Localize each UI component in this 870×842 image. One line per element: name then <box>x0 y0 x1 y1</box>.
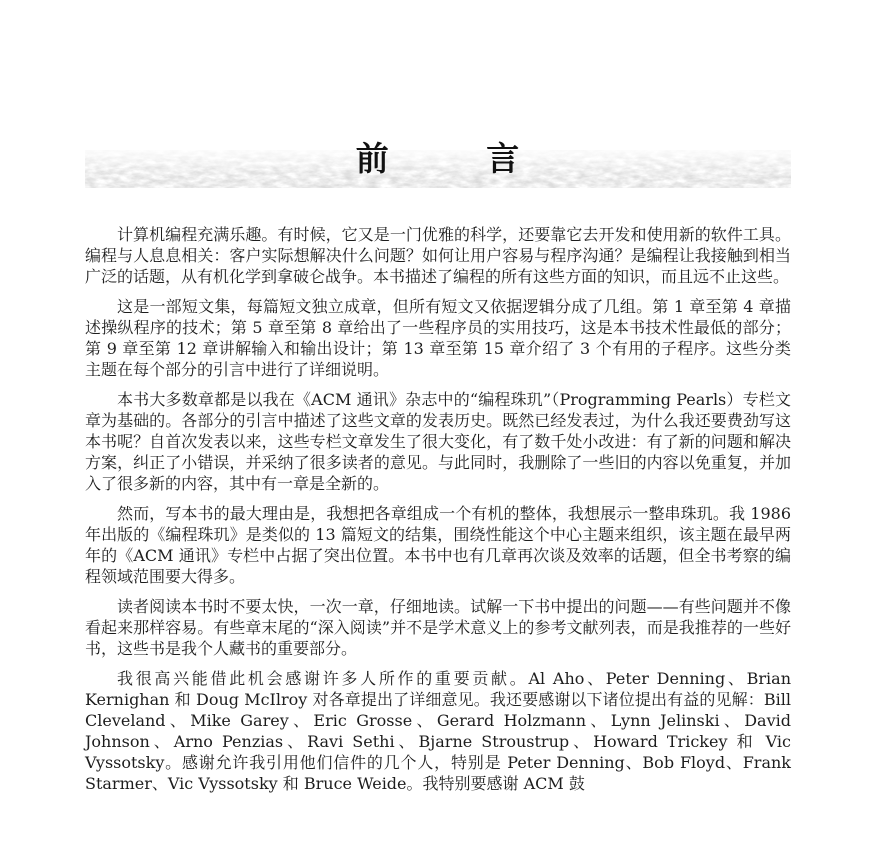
paragraph: 然而，写本书的最大理由是，我想把各章组成一个有机的整体，我想展示一整串珠玑。我 … <box>85 503 791 587</box>
paragraph: 计算机编程充满乐趣。有时候，它又是一门优雅的科学，还要靠它去开发和使用新的软件工… <box>85 224 791 287</box>
book-page: 前 言 计算机编程充满乐趣。有时候，它又是一门优雅的科学，还要靠它去开发和使用新… <box>0 0 870 842</box>
paragraph: 我很高兴能借此机会感谢许多人所作的重要贡献。Al Aho、Peter Denni… <box>85 668 791 794</box>
preface-title-banner: 前 言 <box>85 148 791 188</box>
preface-body: 计算机编程充满乐趣。有时候，它又是一门优雅的科学，还要靠它去开发和使用新的软件工… <box>85 224 791 803</box>
paragraph: 这是一部短文集，每篇短文独立成章，但所有短文又依据逻辑分成了几组。第 1 章至第… <box>85 296 791 380</box>
page-title: 前 言 <box>85 141 791 177</box>
paragraph: 读者阅读本书时不要太快，一次一章，仔细地读。试解一下书中提出的问题——有些问题并… <box>85 596 791 659</box>
paragraph: 本书大多数章都是以我在《ACM 通讯》杂志中的“编程珠玑”（Programmin… <box>85 389 791 494</box>
